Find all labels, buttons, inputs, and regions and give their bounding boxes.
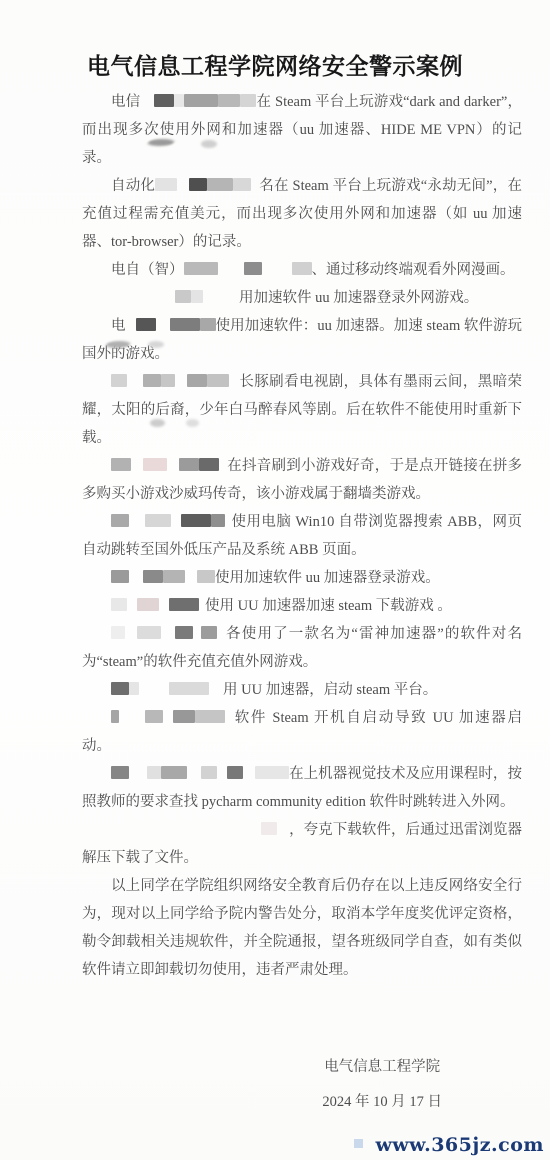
redaction-block bbox=[173, 710, 195, 723]
redaction-block bbox=[229, 374, 239, 387]
redaction-block bbox=[197, 570, 215, 583]
paragraph: ，夸克下载软件，后通过迅雷浏览器解压下载了文件。 bbox=[82, 816, 522, 872]
redaction-block bbox=[200, 318, 216, 331]
redaction-block bbox=[233, 178, 251, 191]
paragraph: 使用电脑 Win10 自带浏览器搜索 ABB，网页自动跳转至国外低压产品及系统 … bbox=[82, 508, 522, 564]
signature-org: 电气信息工程学院 bbox=[322, 1050, 442, 1085]
redaction-block bbox=[111, 710, 119, 723]
redaction-block bbox=[137, 598, 159, 611]
paragraph: 在上机器视觉技术及应用课程时，按照教师的要求查找 pycharm communi… bbox=[82, 760, 522, 816]
redaction-block bbox=[181, 514, 211, 527]
redaction-block bbox=[129, 766, 147, 779]
paragraph: 使用 UU 加速器加速 steam 下载游戏 。 bbox=[82, 592, 522, 620]
paragraph: 电自（智）、通过移动终端观看外网漫画。 bbox=[82, 256, 522, 284]
ink-smudge bbox=[148, 341, 164, 348]
ink-smudge bbox=[150, 419, 165, 427]
document-title: 电气信息工程学院网络安全警示案例 bbox=[0, 48, 550, 81]
redaction-block bbox=[191, 290, 203, 303]
redaction-block bbox=[177, 178, 189, 191]
redaction-block bbox=[155, 178, 177, 191]
redaction-block bbox=[199, 458, 219, 471]
redaction-block bbox=[145, 710, 163, 723]
redaction-block bbox=[140, 94, 154, 107]
redaction-block bbox=[225, 710, 233, 723]
redaction-block bbox=[136, 318, 156, 331]
redaction-block bbox=[145, 514, 171, 527]
redaction-block bbox=[207, 374, 229, 387]
redaction-block bbox=[143, 374, 161, 387]
redaction-block bbox=[163, 570, 185, 583]
redaction-block bbox=[187, 374, 207, 387]
redaction-block bbox=[193, 626, 201, 639]
redaction-block bbox=[111, 682, 129, 695]
redaction-block bbox=[240, 94, 256, 107]
redaction-block bbox=[111, 766, 129, 779]
redaction-block bbox=[129, 514, 145, 527]
redaction-block bbox=[111, 626, 125, 639]
redaction-block bbox=[217, 626, 225, 639]
redaction-block bbox=[201, 626, 217, 639]
redaction-block bbox=[111, 598, 127, 611]
redaction-block bbox=[187, 766, 201, 779]
redaction-block bbox=[154, 94, 174, 107]
redaction-block bbox=[179, 458, 199, 471]
ink-smudge bbox=[201, 140, 217, 148]
redaction-block bbox=[219, 458, 227, 471]
paragraph: 用加速软件 uu 加速器登录外网游戏。 bbox=[82, 284, 522, 312]
document-body: 电信在 Steam 平台上玩游戏“dark and darker”，而出现多次使… bbox=[82, 88, 522, 984]
redaction-block bbox=[201, 766, 217, 779]
redaction-block bbox=[139, 682, 169, 695]
redaction-block bbox=[119, 710, 145, 723]
redaction-block bbox=[292, 262, 312, 275]
redaction-block bbox=[111, 822, 261, 835]
paragraph: 使用加速软件 uu 加速器登录游戏。 bbox=[82, 564, 522, 592]
redaction-block bbox=[111, 570, 129, 583]
redaction-block bbox=[174, 94, 184, 107]
paragraph: 电信在 Steam 平台上玩游戏“dark and darker”，而出现多次使… bbox=[82, 88, 522, 172]
redaction-block bbox=[218, 262, 244, 275]
redaction-block bbox=[217, 766, 227, 779]
watermark: www.365jz.com bbox=[354, 1134, 544, 1156]
redaction-block bbox=[111, 290, 175, 303]
redaction-block bbox=[175, 374, 187, 387]
paragraph: 电使用加速软件：uu 加速器。加速 steam 软件游玩国外的游戏。 bbox=[82, 312, 522, 368]
redaction-block bbox=[203, 290, 239, 303]
redaction-block bbox=[207, 178, 233, 191]
redaction-block bbox=[255, 766, 289, 779]
redaction-block bbox=[277, 822, 289, 835]
redaction-block bbox=[125, 626, 137, 639]
redaction-block bbox=[169, 682, 209, 695]
watermark-text: www.365jz.com bbox=[375, 1134, 544, 1156]
redaction-block bbox=[137, 626, 161, 639]
redaction-block bbox=[127, 598, 137, 611]
redaction-block bbox=[131, 458, 143, 471]
paragraph: 在抖音刷到小游戏好奇，于是点开链接在拼多多购买小游戏沙威玛传奇，该小游戏属于翻墙… bbox=[82, 452, 522, 508]
redaction-block bbox=[184, 94, 218, 107]
redaction-block bbox=[262, 262, 292, 275]
signature-block: 电气信息工程学院 2024 年 10 月 17 日 bbox=[322, 1050, 442, 1120]
redaction-block bbox=[199, 598, 205, 611]
redaction-block bbox=[175, 626, 193, 639]
redaction-block bbox=[171, 514, 181, 527]
paragraph: 用 UU 加速器，启动 steam 平台。 bbox=[82, 676, 522, 704]
redaction-block bbox=[143, 458, 167, 471]
redaction-block bbox=[111, 458, 131, 471]
redaction-block bbox=[129, 682, 139, 695]
redaction-block bbox=[127, 374, 143, 387]
redaction-block bbox=[111, 514, 129, 527]
redaction-block bbox=[161, 626, 175, 639]
paragraph: 软件 Steam 开机自启动导致 UU 加速器启动。 bbox=[82, 704, 522, 760]
redaction-block bbox=[218, 94, 240, 107]
redaction-block bbox=[147, 766, 161, 779]
redaction-block bbox=[211, 514, 225, 527]
redaction-block bbox=[167, 458, 179, 471]
paragraph: 各使用了一款名为“雷神加速器”的软件对名为“steam”的软件充值充值外网游戏。 bbox=[82, 620, 522, 676]
redaction-block bbox=[169, 598, 199, 611]
redaction-block bbox=[129, 570, 143, 583]
redaction-block bbox=[185, 570, 197, 583]
signature-date: 2024 年 10 月 17 日 bbox=[322, 1085, 442, 1120]
watermark-square-icon bbox=[354, 1139, 363, 1148]
redaction-block bbox=[111, 374, 127, 387]
redaction-block bbox=[156, 318, 170, 331]
document-page: 电气信息工程学院网络安全警示案例 电信在 Steam 平台上玩游戏“dark a… bbox=[0, 0, 550, 1160]
redaction-block bbox=[261, 822, 277, 835]
redaction-block bbox=[170, 318, 200, 331]
redaction-block bbox=[161, 374, 175, 387]
redaction-block bbox=[175, 290, 191, 303]
redaction-block bbox=[161, 766, 187, 779]
redaction-block bbox=[189, 178, 207, 191]
redaction-block bbox=[227, 766, 243, 779]
redaction-block bbox=[244, 262, 262, 275]
paragraph: 以上同学在学院组织网络安全教育后仍存在以上违反网络安全行为，现对以上同学给予院内… bbox=[82, 872, 522, 984]
paragraph: 长豚刷看电视剧，具体有墨雨云间，黑暗荣耀，太阳的后裔，少年白马醉春风等剧。后在软… bbox=[82, 368, 522, 452]
redaction-block bbox=[159, 598, 169, 611]
ink-smudge bbox=[186, 419, 199, 427]
paragraph: 自动化名在 Steam 平台上玩游戏“永劫无间”，在充值过程需充值美元，而出现多… bbox=[82, 172, 522, 256]
redaction-block bbox=[209, 682, 223, 695]
redaction-block bbox=[195, 710, 225, 723]
redaction-block bbox=[143, 570, 163, 583]
redaction-block bbox=[225, 514, 231, 527]
redaction-block bbox=[243, 766, 255, 779]
redaction-block bbox=[184, 262, 218, 275]
redaction-block bbox=[126, 318, 136, 331]
redaction-block bbox=[251, 178, 259, 191]
redaction-block bbox=[163, 710, 173, 723]
